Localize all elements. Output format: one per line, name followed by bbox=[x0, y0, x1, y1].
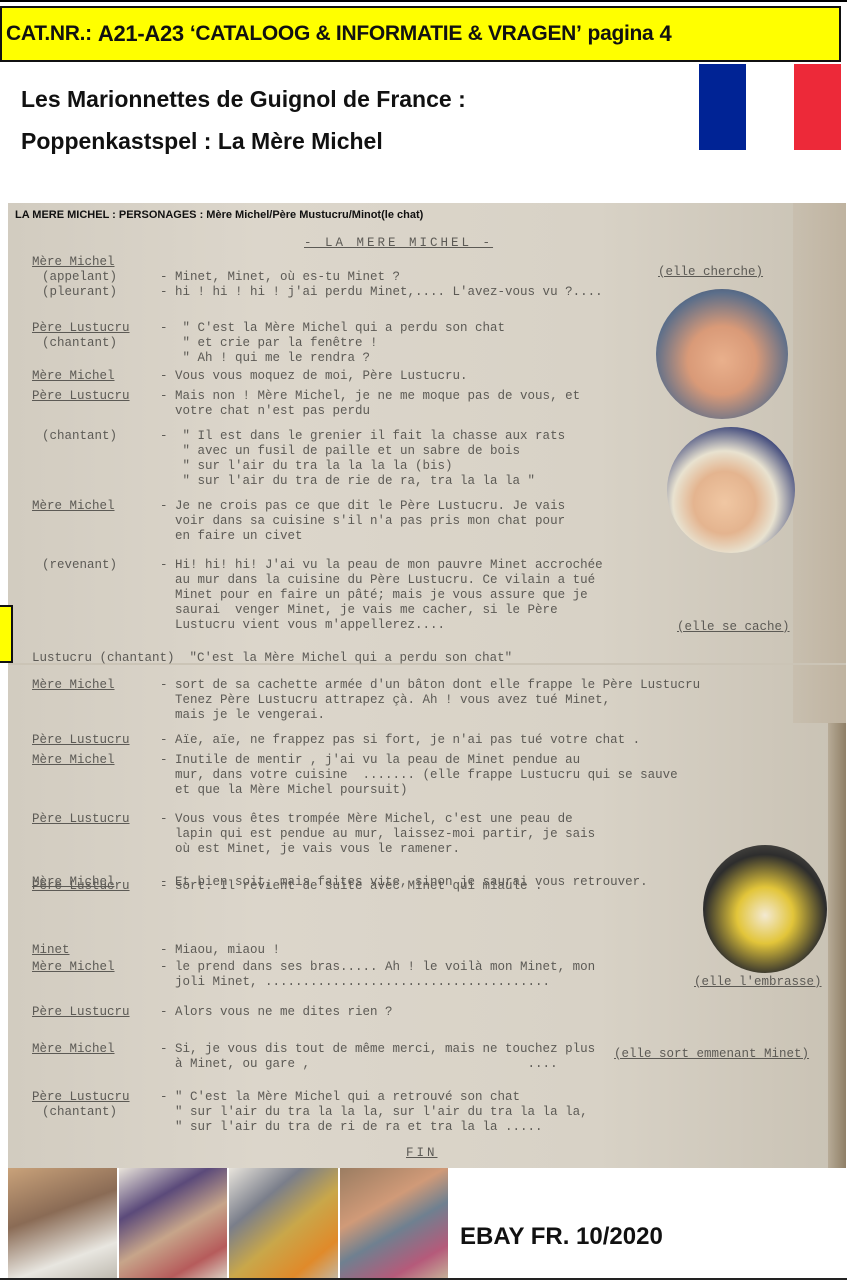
stage-direction: (chantant) bbox=[42, 336, 117, 351]
script-document-photo: LA MERE MICHEL : PERSONAGES : Mère Miche… bbox=[8, 203, 846, 1168]
puppet-collection-photo bbox=[340, 1168, 449, 1280]
speaker-name: Mère Michel bbox=[32, 678, 115, 692]
dialogue-text: - le prend dans ses bras..... Ah ! le vo… bbox=[160, 960, 595, 990]
side-note: (elle cherche) bbox=[658, 265, 763, 279]
dialogue-text: - Alors vous ne me dites rien ? bbox=[160, 1005, 393, 1020]
pere-lustucru-puppet-image bbox=[667, 427, 795, 553]
speaker-name: Mère Michel bbox=[32, 499, 115, 513]
source-label: EBAY FR. 10/2020 bbox=[460, 1223, 663, 1251]
side-note: (elle sort emmenant Minet) bbox=[614, 1047, 809, 1061]
dialogue-text: Lustucru (chantant) "C'est la Mère Miche… bbox=[32, 651, 512, 666]
side-note: (elle l'embrasse) bbox=[694, 975, 822, 989]
side-note: (elle se cache) bbox=[677, 620, 790, 634]
flag-blue-stripe bbox=[699, 64, 746, 150]
page-title-line2: Poppenkastspel : La Mère Michel bbox=[21, 128, 383, 155]
speaker-name: Père Lustucru bbox=[32, 879, 130, 893]
flag-red-stripe bbox=[794, 64, 841, 150]
dialogue-text: - Vous vous êtes trompée Mère Michel, c'… bbox=[160, 812, 595, 857]
dialogue-text: - sort. Il revient de suite avec Minet q… bbox=[160, 879, 543, 894]
catnr-label: CAT.NR.: bbox=[6, 22, 92, 46]
catnr-value: A21-A23 bbox=[98, 21, 184, 47]
page-number: 4 bbox=[659, 21, 671, 47]
speaker-name: Père Lustucru bbox=[32, 812, 130, 826]
mere-michel-puppet-image bbox=[656, 289, 788, 419]
stage-direction: (chantant) bbox=[42, 1105, 117, 1120]
speaker-name: Père Lustucru bbox=[32, 1005, 130, 1019]
paper-edge-lower bbox=[828, 723, 846, 1168]
page-label: pagina bbox=[588, 22, 654, 46]
speaker-name: Père Lustucru bbox=[32, 321, 130, 335]
dialogue-text: - Miaou, miaou ! bbox=[160, 943, 280, 958]
speaker-name: Mère Michel bbox=[32, 369, 115, 383]
speaker-name: Mère Michel bbox=[32, 255, 115, 269]
header-banner: CAT.NR.: A21-A23 ‘CATALOOG & INFORMATIE … bbox=[0, 6, 841, 62]
speaker-name: Mère Michel bbox=[32, 753, 115, 767]
speaker-name: Minet bbox=[32, 943, 70, 957]
dialogue-text: - " C'est la Mère Michel qui a retrouvé … bbox=[160, 1090, 588, 1135]
personages-caption: LA MERE MICHEL : PERSONAGES : Mère Miche… bbox=[15, 209, 423, 221]
stage-direction: (revenant) bbox=[42, 558, 117, 573]
speaker-name: Père Lustucru bbox=[32, 1090, 130, 1104]
dialogue-text: - Inutile de mentir , j'ai vu la peau de… bbox=[160, 753, 678, 798]
speaker-name: Mère Michel bbox=[32, 1042, 115, 1056]
dialogue-text: - Si, je vous dis tout de même merci, ma… bbox=[160, 1042, 595, 1072]
puppet-collection-photo bbox=[8, 1168, 117, 1280]
stage-direction: (chantant) bbox=[42, 429, 117, 444]
dialogue-text: - Vous vous moquez de moi, Père Lustucru… bbox=[160, 369, 468, 384]
speaker-name: Père Lustucru bbox=[32, 389, 130, 403]
speaker-name: Mère Michel bbox=[32, 960, 115, 974]
stage-direction: (appelant) (pleurant) bbox=[42, 270, 117, 300]
end-text: FIN bbox=[406, 1146, 438, 1160]
dialogue-text: - Minet, Minet, où es-tu Minet ? - hi ! … bbox=[160, 270, 603, 300]
flag-white-stripe bbox=[746, 64, 793, 150]
speaker-name: Père Lustucru bbox=[32, 733, 130, 747]
dialogue-text: - " Il est dans le grenier il fait la ch… bbox=[160, 429, 565, 489]
dialogue-text: - Je ne crois pas ce que dit le Père Lus… bbox=[160, 499, 565, 544]
script-title: - LA MERE MICHEL - bbox=[304, 236, 493, 250]
puppet-collection-photo bbox=[229, 1168, 338, 1280]
section-title: ‘CATALOOG & INFORMATIE & VRAGEN’ bbox=[190, 22, 582, 46]
photo-strip bbox=[8, 1168, 450, 1280]
dialogue-text: - Hi! hi! hi! J'ai vu la peau de mon pau… bbox=[160, 558, 603, 633]
dialogue-text: - " C'est la Mère Michel qui a perdu son… bbox=[160, 321, 505, 366]
french-flag-icon bbox=[699, 64, 841, 150]
puppet-collection-photo bbox=[119, 1168, 228, 1280]
dialogue-text: - sort de sa cachette armée d'un bâton d… bbox=[160, 678, 700, 723]
page-title-line1: Les Marionnettes de Guignol de France : bbox=[21, 86, 466, 113]
dialogue-text: - Aïe, aïe, ne frappez pas si fort, je n… bbox=[160, 733, 640, 748]
minet-cat-puppet-image bbox=[703, 845, 827, 973]
dialogue-text: - Mais non ! Mère Michel, je ne me moque… bbox=[160, 389, 580, 419]
top-rule bbox=[0, 0, 847, 2]
side-tab-marker bbox=[0, 605, 13, 663]
paper-edge bbox=[793, 203, 846, 723]
